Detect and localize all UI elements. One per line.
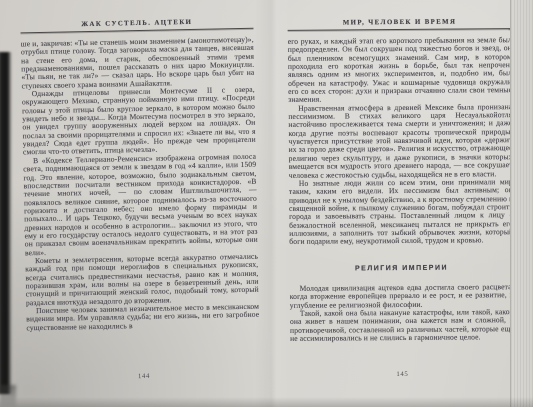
page-gutter-shade [255, 0, 291, 407]
right-page: МИР, ЧЕЛОВЕК И ВРЕМЯ его руках, и каждый… [288, 14, 515, 394]
left-header-rule [21, 28, 254, 35]
paragraph: Но знатные люди жили со всем этим, они п… [289, 178, 514, 247]
left-page-body: ше и, закричав: «Ты не станешь моим знам… [21, 36, 261, 371]
paragraph: ше и, закричав: «Ты не станешь моим знам… [21, 36, 255, 91]
paragraph: Молодая цивилизация ацтеков едва достигл… [290, 283, 514, 310]
paragraph: Однажды птицеловы принесли Монтесуме II … [22, 86, 256, 157]
right-running-head: МИР, ЧЕЛОВЕК И ВРЕМЯ [288, 18, 512, 27]
section-heading: РЕЛИГИЯ ИМПЕРИИ [289, 264, 513, 274]
book-fore-edge [510, 0, 533, 407]
paragraph: его руках, и каждый этап его короткого п… [288, 36, 513, 105]
left-edge-shadow [0, 52, 12, 394]
paragraph: Нравственная атмосфера в древней Мексике… [288, 103, 513, 180]
paragraph: Поистине человек занимал незначительное … [26, 303, 259, 333]
paragraph: Такой, какой она была накануне катастроф… [290, 308, 514, 343]
left-page: ЖАК СУСТЕЛЬ. АЦТЕКИ ше и, закричав: «Ты … [20, 14, 261, 397]
right-page-number: 145 [290, 370, 514, 379]
bottom-edge-shadow [0, 397, 533, 407]
left-page-number: 144 [27, 371, 260, 383]
paragraph: Кометы и землетрясения, которые всегда а… [25, 253, 259, 308]
right-page-body: его руках, и каждый этап его короткого п… [288, 36, 515, 368]
right-header-rule [288, 28, 512, 32]
book-spread-photo: ЖАК СУСТЕЛЬ. АЦТЕКИ ше и, закричав: «Ты … [0, 0, 533, 407]
paragraph: В «Кодексе Теллериано-Ременсис» изображе… [23, 152, 258, 257]
